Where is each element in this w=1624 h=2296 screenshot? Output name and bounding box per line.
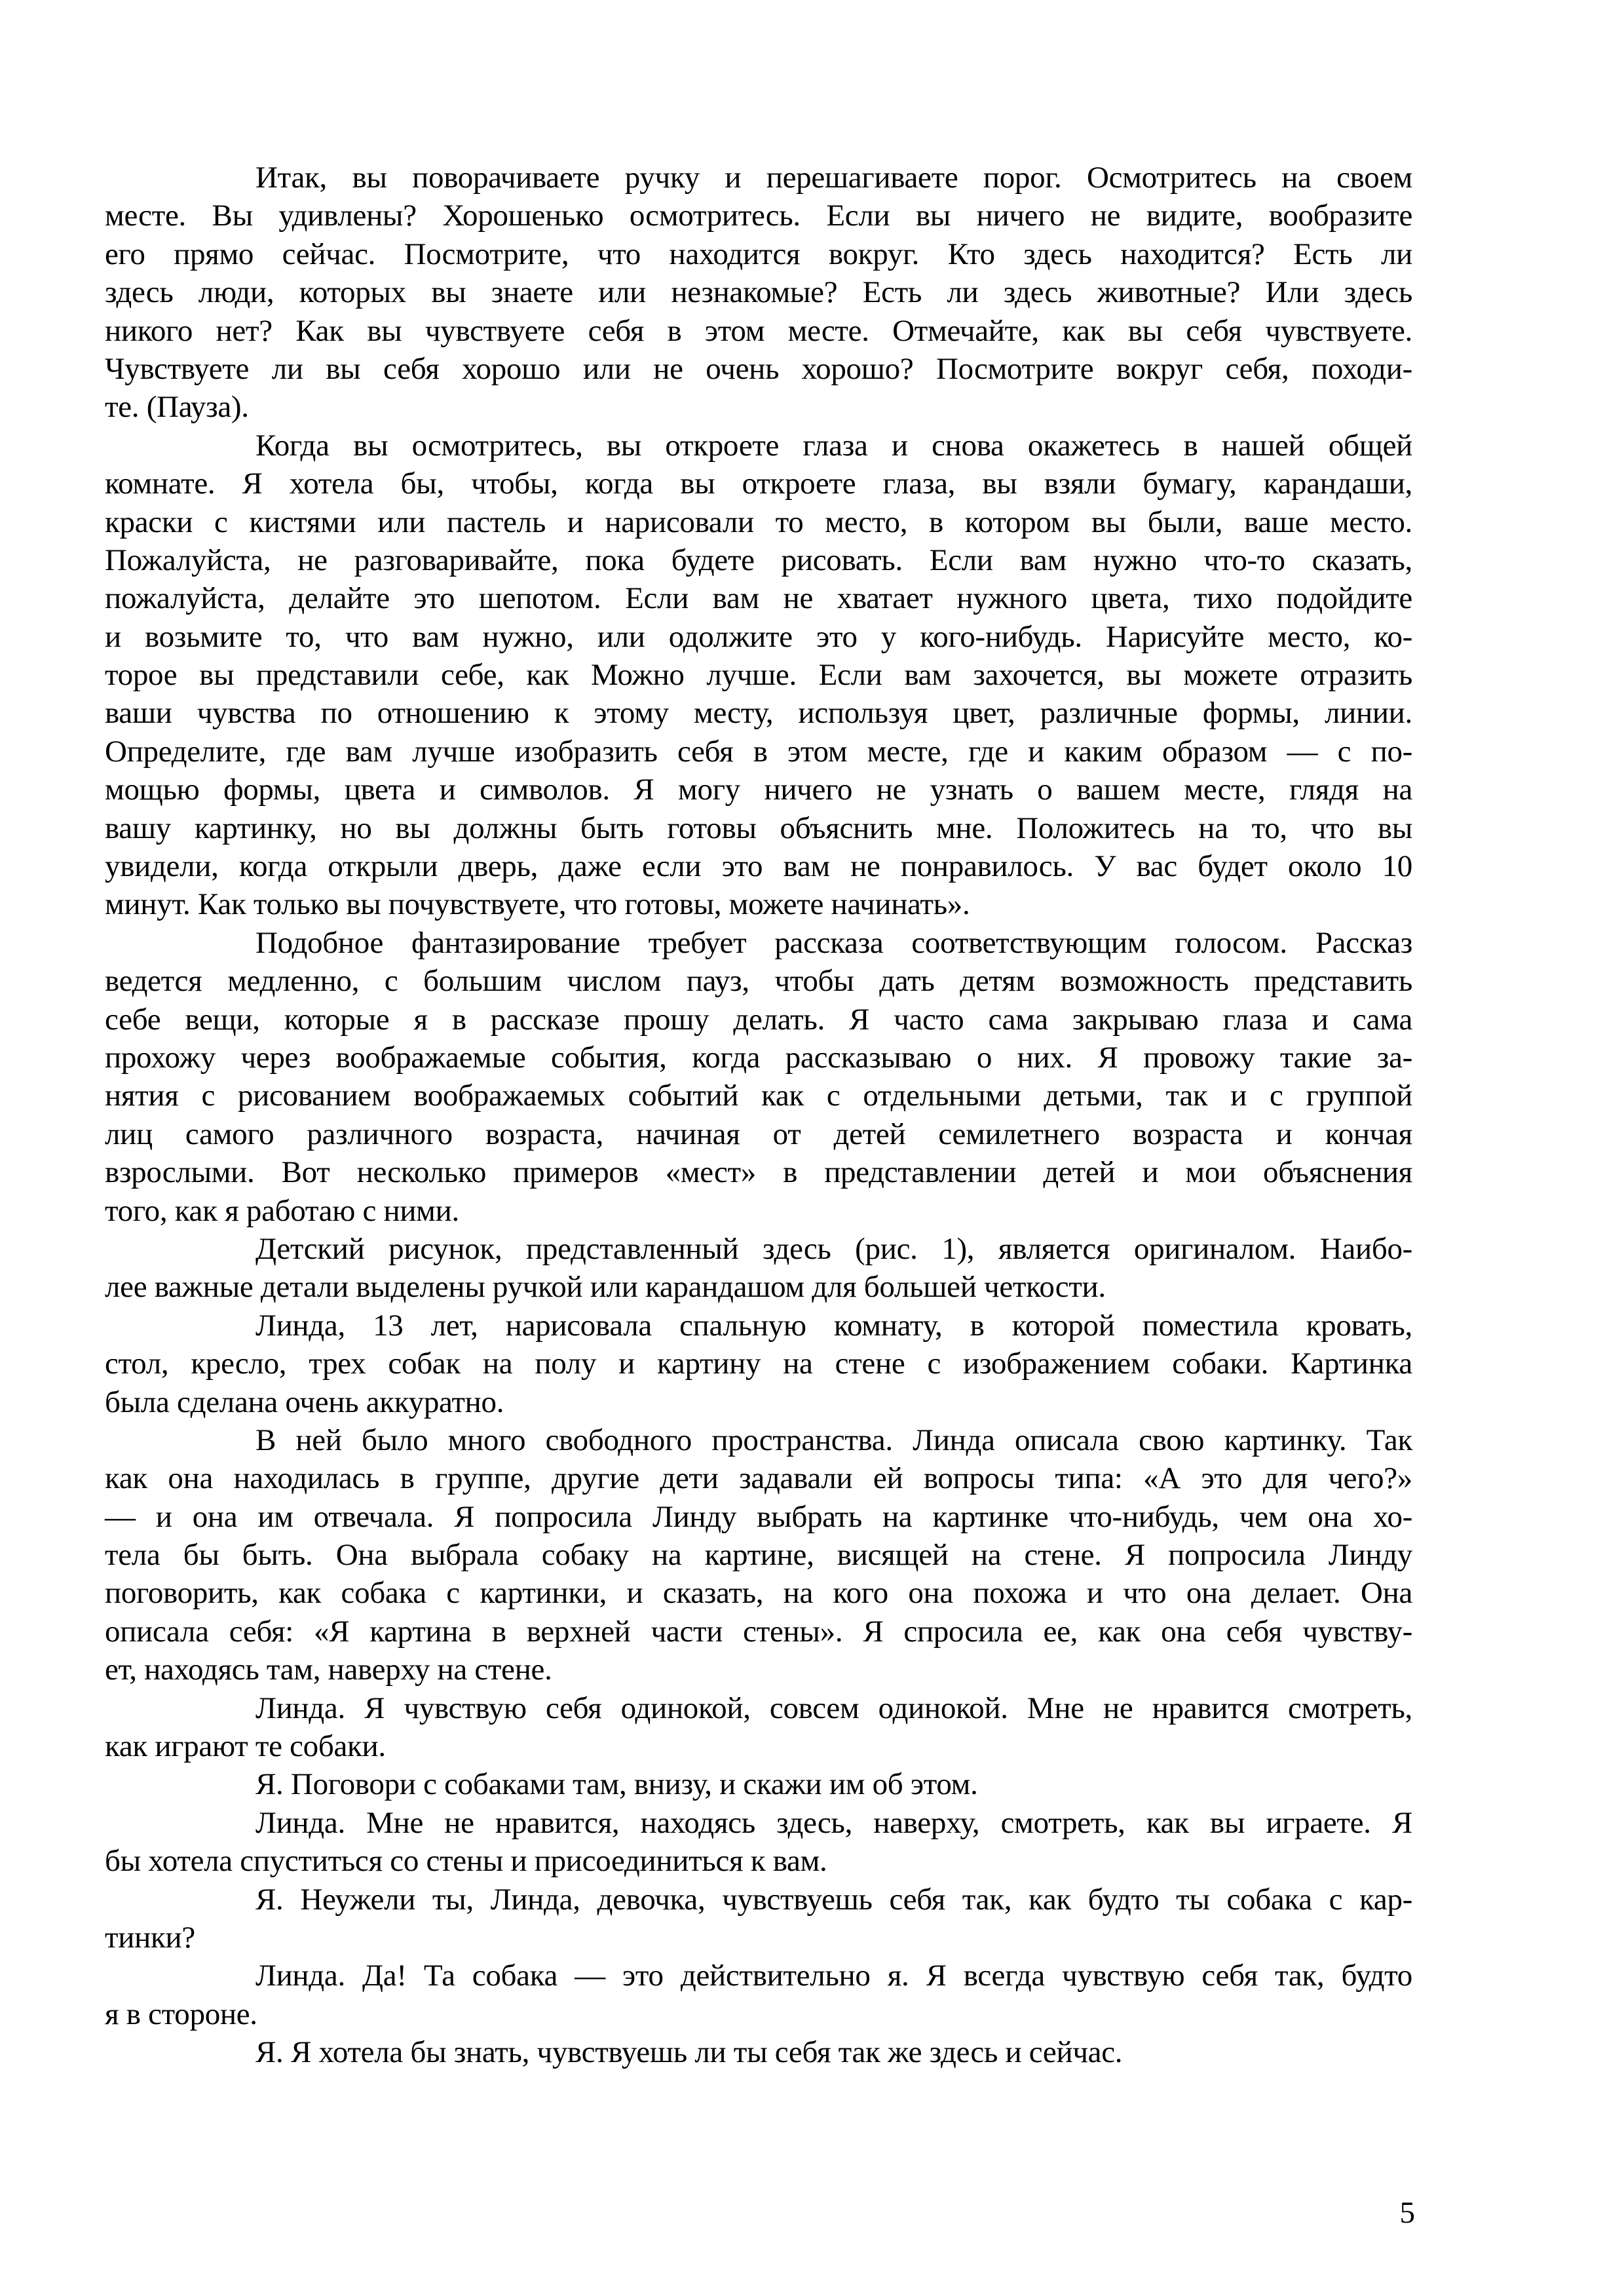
- text-line: пожалуйста, делайте это шепотом. Если ва…: [105, 579, 1412, 617]
- text-line: Линда, 13 лет, нарисовала спальную комна…: [105, 1307, 1412, 1345]
- page-body: Итак, вы поворачиваете ручку и перешагив…: [105, 159, 1412, 2072]
- text-line: описала себя: «Я картина в верхней части…: [105, 1613, 1412, 1651]
- text-line: того, как я работаю с ними.: [105, 1192, 1412, 1230]
- text-line: как она находилась в группе, другие дети…: [105, 1459, 1412, 1497]
- text-line: ведется медленно, с большим числом пауз,…: [105, 962, 1412, 1000]
- text-line: краски с кистями или пастель и нарисовал…: [105, 503, 1412, 541]
- text-line: Подобное фантазирование требует рассказа…: [105, 924, 1412, 962]
- text-line: мощью формы, цвета и символов. Я могу ни…: [105, 771, 1412, 809]
- text-line: прохожу через воображаемые события, когд…: [105, 1039, 1412, 1077]
- text-line: Итак, вы поворачиваете ручку и перешагив…: [105, 159, 1412, 197]
- text-line: минут. Как только вы почувствуете, что г…: [105, 885, 1412, 923]
- text-line: была сделана очень аккуратно.: [105, 1383, 1412, 1421]
- text-line: торое вы представили себе, как Можно луч…: [105, 656, 1412, 694]
- text-line: его прямо сейчас. Посмотрите, что находи…: [105, 235, 1412, 273]
- page-number: 5: [1376, 2194, 1415, 2232]
- text-line: ет, находясь там, наверху на стене.: [105, 1651, 1412, 1689]
- text-line: Линда. Мне не нравится, находясь здесь, …: [105, 1804, 1412, 1842]
- paragraph: Итак, вы поворачиваете ручку и перешагив…: [105, 159, 1412, 427]
- paragraph: Детский рисунок, представленный здесь (р…: [105, 1230, 1412, 1307]
- text-line: стол, кресло, трех собак на полу и карти…: [105, 1345, 1412, 1383]
- text-line: Когда вы осмотритесь, вы откроете глаза …: [105, 427, 1412, 465]
- paragraph: Я. Поговори с собаками там, внизу, и ска…: [105, 1765, 1412, 1803]
- text-line: В ней было много свободного пространства…: [105, 1421, 1412, 1459]
- text-line: нятия с рисованием воображаемых событий …: [105, 1077, 1412, 1115]
- text-line: поговорить, как собака с картинки, и ска…: [105, 1574, 1412, 1612]
- text-line: я в стороне.: [105, 1995, 1412, 2033]
- text-line: те. (Пауза).: [105, 388, 1412, 426]
- text-line: себе вещи, которые я в рассказе прошу де…: [105, 1001, 1412, 1039]
- text-line: взрослыми. Вот несколько примеров «мест»…: [105, 1153, 1412, 1191]
- text-line: Пожалуйста, не разговаривайте, пока буде…: [105, 541, 1412, 579]
- paragraph: Я. Неужели ты, Линда, девочка, чувствуеш…: [105, 1881, 1412, 1957]
- text-line: здесь люди, которых вы знаете или незнак…: [105, 273, 1412, 311]
- text-line: и возьмите то, что вам нужно, или одолжи…: [105, 618, 1412, 656]
- text-line: Я. Поговори с собаками там, внизу, и ска…: [105, 1765, 1412, 1803]
- text-line: Чувствуете ли вы себя хорошо или не очен…: [105, 350, 1412, 388]
- text-line: бы хотела спуститься со стены и присоеди…: [105, 1842, 1412, 1880]
- text-line: Я. Неужели ты, Линда, девочка, чувствуеш…: [105, 1881, 1412, 1919]
- text-line: лиц самого различного возраста, начиная …: [105, 1115, 1412, 1153]
- paragraph: Подобное фантазирование требует рассказа…: [105, 924, 1412, 1230]
- text-line: тинки?: [105, 1919, 1412, 1957]
- text-line: комнате. Я хотела бы, чтобы, когда вы от…: [105, 465, 1412, 503]
- paragraph: Линда. Да! Та собака — это действительно…: [105, 1957, 1412, 2033]
- text-line: Определите, где вам лучше изобразить себ…: [105, 733, 1412, 771]
- text-line: Линда. Я чувствую себя одинокой, совсем …: [105, 1689, 1412, 1727]
- text-line: лее важные детали выделены ручкой или ка…: [105, 1268, 1412, 1306]
- text-line: как играют те собаки.: [105, 1727, 1412, 1765]
- text-line: месте. Вы удивлены? Хорошенько осмотрите…: [105, 197, 1412, 235]
- paragraph: Когда вы осмотритесь, вы откроете глаза …: [105, 427, 1412, 924]
- paragraph: Я. Я хотела бы знать, чувствуешь ли ты с…: [105, 2033, 1412, 2071]
- text-line: Детский рисунок, представленный здесь (р…: [105, 1230, 1412, 1268]
- paragraph: Линда, 13 лет, нарисовала спальную комна…: [105, 1307, 1412, 1421]
- paragraph: Линда. Мне не нравится, находясь здесь, …: [105, 1804, 1412, 1881]
- text-line: тела бы быть. Она выбрала собаку на карт…: [105, 1536, 1412, 1574]
- text-line: никого нет? Как вы чувствуете себя в это…: [105, 312, 1412, 350]
- text-line: ваши чувства по отношению к этому месту,…: [105, 694, 1412, 732]
- text-line: — и она им отвечала. Я попросила Линду в…: [105, 1498, 1412, 1536]
- text-line: Я. Я хотела бы знать, чувствуешь ли ты с…: [105, 2033, 1412, 2071]
- text-line: Линда. Да! Та собака — это действительно…: [105, 1957, 1412, 1995]
- text-line: увидели, когда открыли дверь, даже если …: [105, 847, 1412, 885]
- paragraph: В ней было много свободного пространства…: [105, 1421, 1412, 1689]
- document-page: Итак, вы поворачиваете ручку и перешагив…: [0, 0, 1624, 2296]
- paragraph: Линда. Я чувствую себя одинокой, совсем …: [105, 1689, 1412, 1766]
- text-line: вашу картинку, но вы должны быть готовы …: [105, 809, 1412, 847]
